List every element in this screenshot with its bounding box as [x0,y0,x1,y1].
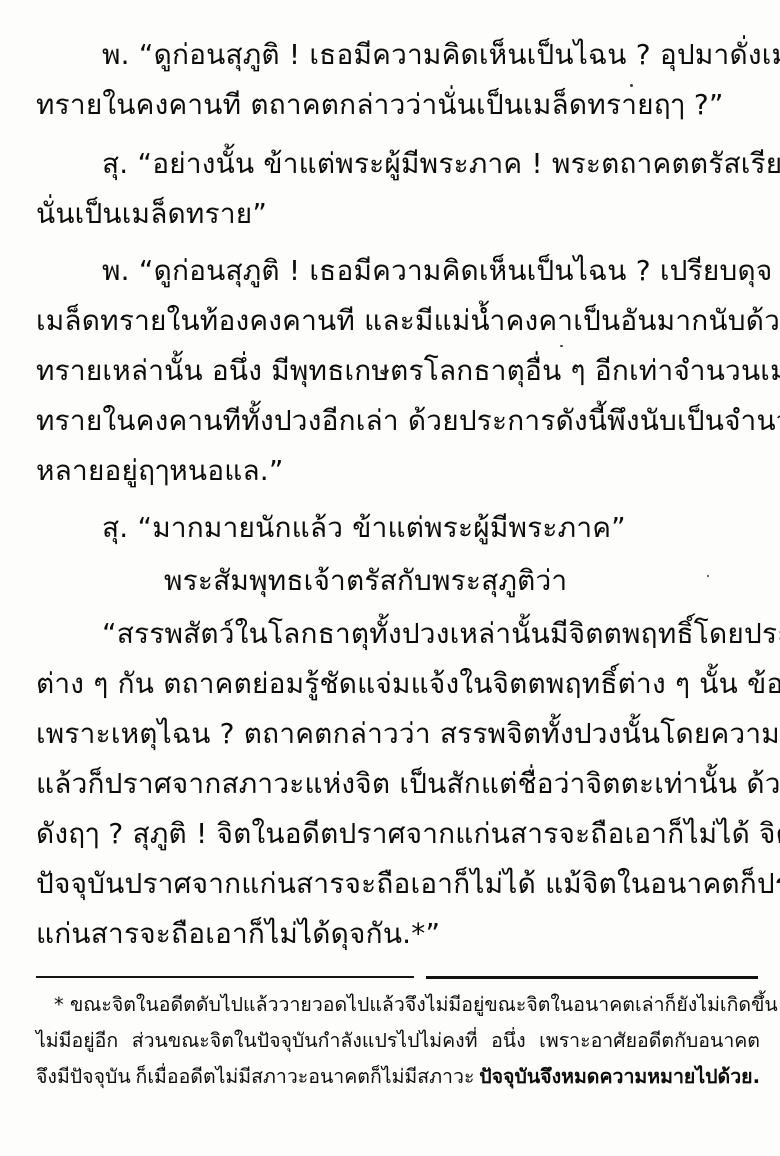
footnote: * ขณะจิตในอดีตดับไปแล้ววายวอดไปแล้วจึงไม… [36,987,760,1095]
paragraph-subhuti-1: สุ. “อย่างนั้น ข้าแต่พระผู้มีพระภาค ! พร… [36,139,766,239]
footnote-segment: ขณะจิตในอนาคตเล่าก็ยังไม่เกิดขึ้น [484,987,777,1023]
paragraph-buddha-2: พ. “ดูก่อนสุภูติ ! เธอมีความคิดเห็นเป็นไ… [36,246,766,496]
footnote-divider [36,975,758,979]
paragraph-buddha-quote: “สรรพสัตว์ในโลกธาตุทั้งปวงเหล่านั้นมีจิต… [36,609,766,959]
main-text: พ. “ดูก่อนสุภูติ ! เธอมีความคิดเห็นเป็นไ… [36,30,766,959]
text-line: แล้วก็ปราศจากสภาวะแห่งจิต เป็นสักแต่ชื่อ… [36,759,766,809]
footnote-segment: ส่วนขณะจิตในปัจจุบันกำลังแปรไปไม่คงที่ [132,1023,478,1059]
footnote-segment: เพราะอาศัยอดีตกับอนาคต [539,1023,760,1059]
divider-segment-right [426,976,758,979]
scanned-page: พ. “ดูก่อนสุภูติ ! เธอมีความคิดเห็นเป็นไ… [0,0,780,1156]
text-line: เพราะเหตุไฉน ? ตถาคตกล่าวว่า สรรพจิตทั้ง… [36,709,766,759]
footnote-segment: จึงมีปัจจุบัน [36,1059,131,1095]
scan-speck [630,84,633,87]
text-line: สุ. “มากมายนักแล้ว ข้าแต่พระผู้มีพระภาค” [36,503,766,553]
divider-segment-left [36,976,414,978]
footnote-segment: ก็เมื่ออดีตไม่มีสภาวะอนาคตก็ไม่มีสภาวะ [136,1059,475,1095]
scan-speck [707,575,709,577]
text-line: พ. “ดูก่อนสุภูติ ! เธอมีความคิดเห็นเป็นไ… [36,30,766,80]
text-line: ดังฤๅ ? สุภูติ ! จิตในอดีตปราศจากแก่นสาร… [36,809,766,859]
text-line: สุ. “อย่างนั้น ข้าแต่พระผู้มีพระภาค ! พร… [36,139,766,189]
scan-speck [560,345,563,347]
footnote-line: จึงมีปัจจุบัน ก็เมื่ออดีตไม่มีสภาวะอนาคต… [36,1059,760,1095]
text-line: นั่นเป็นเมล็ดทราย” [36,189,766,239]
text-line: ทรายเหล่านั้น อนึ่ง มีพุทธเกษตรโลกธาตุอื… [36,346,766,396]
text-line: ต่าง ๆ กัน ตถาคตย่อมรู้ชัดแจ่มแจ้งในจิตต… [36,659,766,709]
text-line: พ. “ดูก่อนสุภูติ ! เธอมีความคิดเห็นเป็นไ… [36,246,766,296]
text-line: หลายอยู่ฤๅหนอแล.” [36,446,766,496]
text-line: พระสัมพุทธเจ้าตรัสกับพระสุภูติว่า [36,556,766,606]
footnote-line: * ขณะจิตในอดีตดับไปแล้ววายวอดไปแล้วจึงไม… [36,987,760,1023]
text-line: ทรายในคงคานทีทั้งปวงอีกเล่า ด้วยประการดั… [36,396,766,446]
footnote-segment: อนึ่ง [491,1023,526,1059]
text-line: เมล็ดทรายในท้องคงคานที และมีแม่น้ำคงคาเป… [36,296,766,346]
paragraph-narration: พระสัมพุทธเจ้าตรัสกับพระสุภูติว่า [36,556,766,606]
text-line: แก่นสารจะถือเอาก็ไม่ได้ดุจกัน.*” [36,909,766,959]
footnote-segment-bold: ปัจจุบันจึงหมดความหมายไปด้วย. [479,1059,760,1095]
text-line: ทรายในคงคานที ตถาคตกล่าวว่านั่นเป็นเมล็ด… [36,80,766,130]
footnote-segment: * ขณะจิตในอดีตดับไปแล้ววายวอดไปแล้วจึงไม… [54,987,484,1023]
paragraph-buddha-1: พ. “ดูก่อนสุภูติ ! เธอมีความคิดเห็นเป็นไ… [36,30,766,130]
footnote-segment: ไม่มีอยู่อีก [36,1023,118,1059]
footnote-line: ไม่มีอยู่อีก ส่วนขณะจิตในปัจจุบันกำลังแป… [36,1023,760,1059]
text-line: “สรรพสัตว์ในโลกธาตุทั้งปวงเหล่านั้นมีจิต… [36,609,766,659]
paragraph-subhuti-2: สุ. “มากมายนักแล้ว ข้าแต่พระผู้มีพระภาค” [36,503,766,553]
text-line: ปัจจุบันปราศจากแก่นสารจะถือเอาก็ไม่ได้ แ… [36,859,766,909]
